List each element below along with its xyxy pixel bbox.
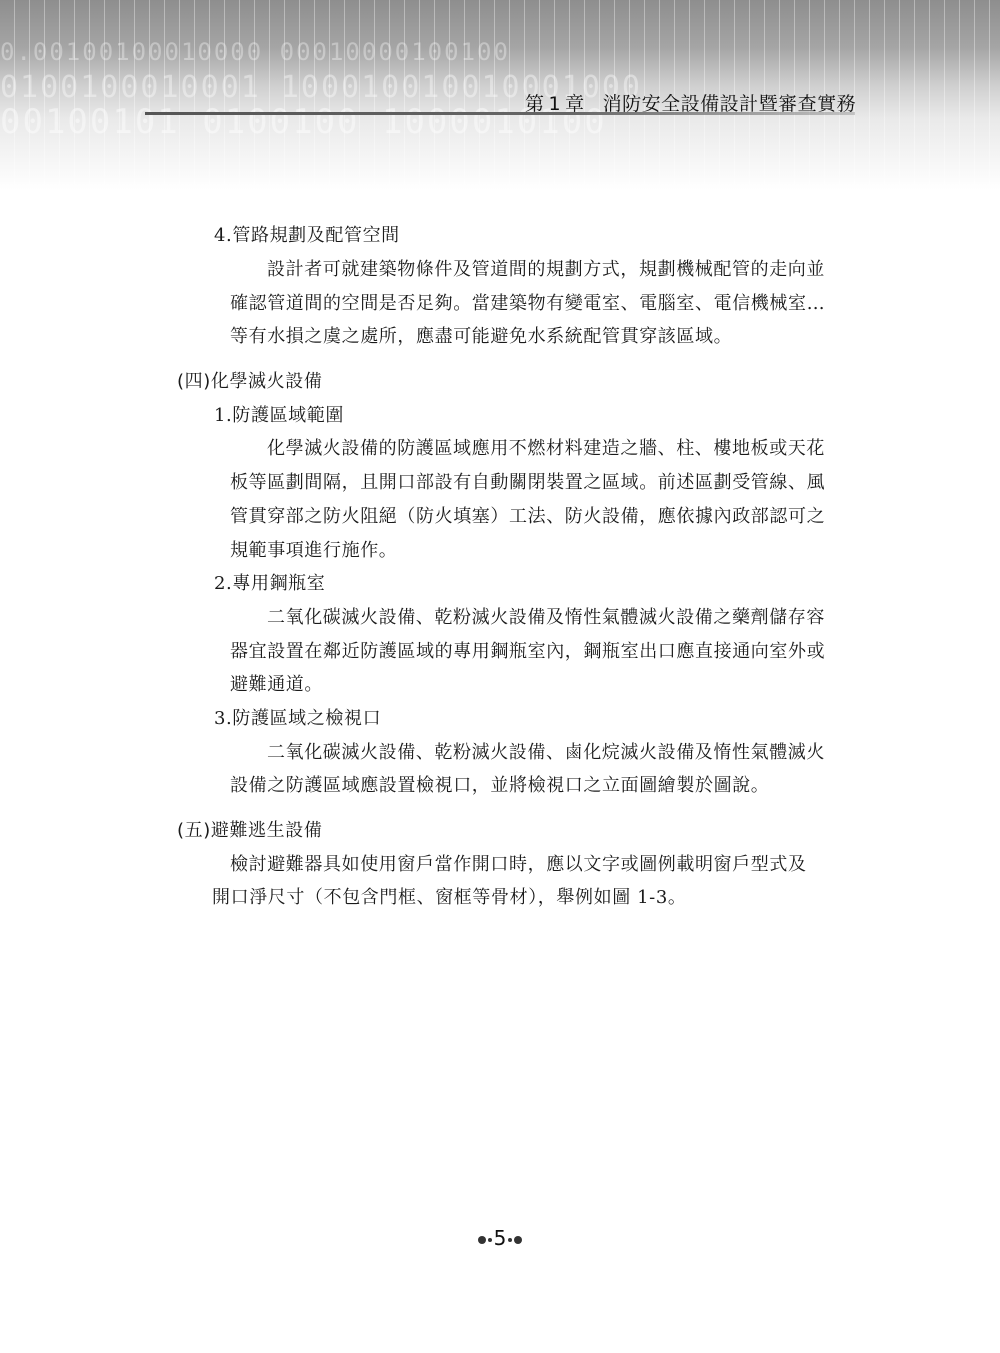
paragraph-line: 設計者可就建築物條件及管道間的規劃方式，規劃機械配管的走向並 — [267, 258, 825, 282]
paragraph-line: 二氧化碳滅火設備、乾粉滅火設備、鹵化烷滅火設備及惰性氣體滅火 — [267, 741, 825, 765]
subsection-heading: 1.防護區域範圍 — [214, 404, 344, 428]
paragraph-line: 檢討避難器具如使用窗戶當作開口時，應以文字或圖例載明窗戶型式及 — [230, 853, 807, 877]
paragraph-line: 避難通道。 — [230, 673, 323, 697]
paragraph-line: 板等區劃間隔，且開口部設有自動關閉裝置之區域。前述區劃受管線、風 — [230, 471, 825, 495]
paragraph-line: 開口淨尺寸（不包含門框、窗框等骨材），舉例如圖 1-3。 — [212, 886, 687, 910]
paragraph-line: 二氧化碳滅火設備、乾粉滅火設備及惰性氣體滅火設備之藥劑儲存容 — [267, 606, 825, 630]
subsection-heading: 3.防護區域之檢視口 — [214, 707, 381, 731]
binary-digits-decoration: 0.00100100010000 00010000100100 — [0, 38, 510, 66]
paragraph-line: 化學滅火設備的防護區域應用不燃材料建造之牆、柱、樓地板或天花 — [267, 437, 825, 461]
section-heading: (四)化學滅火設備 — [177, 370, 322, 394]
bullet-dot-icon — [488, 1238, 492, 1242]
paragraph-line: 器宜設置在鄰近防護區域的專用鋼瓶室內，鋼瓶室出口應直接通向室外或 — [230, 640, 825, 664]
paragraph-line: 設備之防護區域應設置檢視口，並將檢視口之立面圖繪製於圖說。 — [230, 774, 769, 798]
bullet-dot-icon — [478, 1236, 486, 1244]
bullet-dot-icon — [514, 1236, 522, 1244]
binary-digits-decoration: 00100101 0100100 1000010100 — [0, 102, 607, 142]
paragraph-line: 確認管道間的空間是否足夠。當建築物有變電室、電腦室、電信機械室… — [230, 292, 825, 316]
bullet-dot-icon — [508, 1238, 512, 1242]
subsection-heading: 2.專用鋼瓶室 — [214, 572, 325, 596]
paragraph-line: 管貫穿部之防火阻絕（防火填塞）工法、防火設備，應依據內政部認可之 — [230, 505, 825, 529]
subsection-heading: 4.管路規劃及配管空間 — [214, 224, 400, 248]
header-rule — [145, 112, 855, 115]
section-heading: (五)避難逃生設備 — [177, 819, 322, 843]
paragraph-line: 規範事項進行施作。 — [230, 539, 397, 563]
paragraph-line: 等有水損之虞之處所，應盡可能避免水系統配管貫穿該區域。 — [230, 325, 732, 349]
page-footer: 5 — [0, 1226, 1000, 1250]
page-number: 5 — [494, 1226, 507, 1250]
